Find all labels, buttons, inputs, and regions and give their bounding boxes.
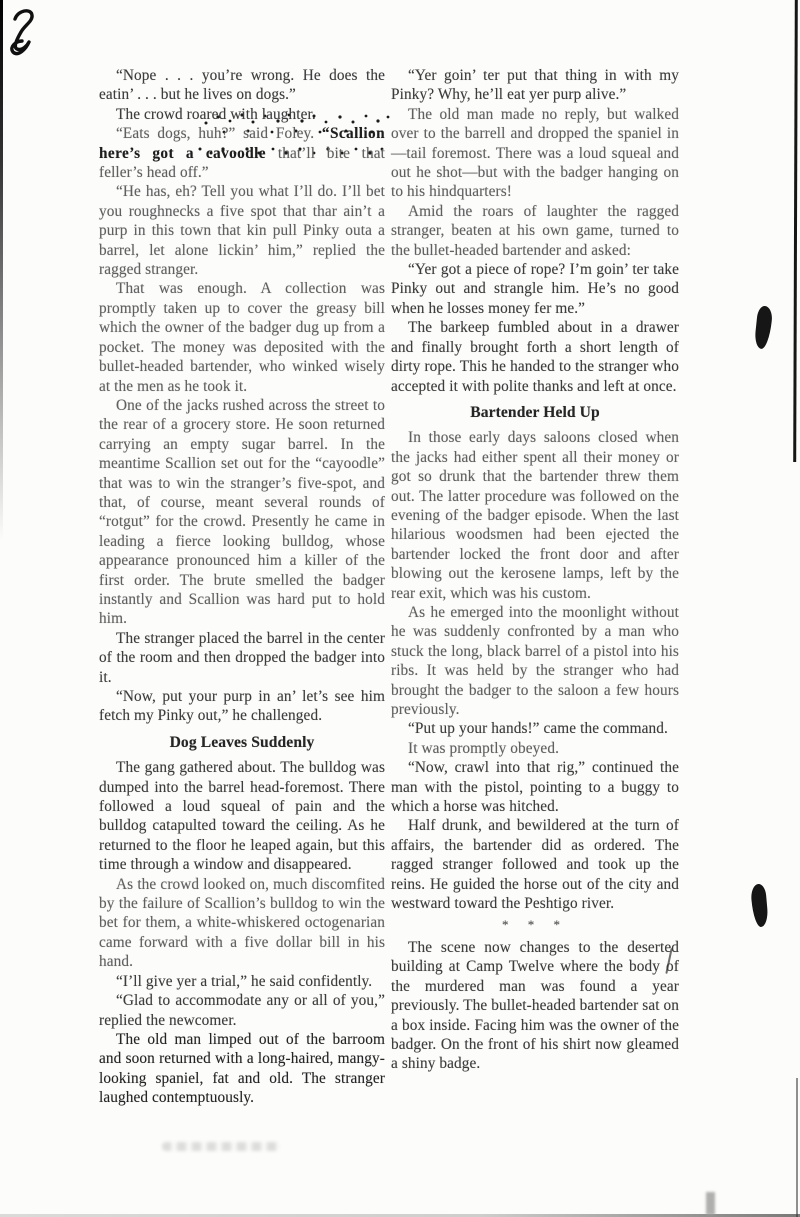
paragraph: “Glad to accommodate any or all of you,”… [99, 991, 385, 1030]
ink-blot-upper [754, 305, 773, 349]
paragraph: “Eats dogs, huh?” said Foley. “Scallion … [99, 124, 385, 182]
paragraph: “Put up your hands!” came the command. [391, 719, 679, 738]
paragraph: The crowd roared with laughter. [99, 105, 385, 124]
scan-edge-left [0, 0, 3, 540]
section-heading-bartender-held-up: Bartender Held Up [391, 403, 679, 422]
paragraph: “Yer got a piece of rope? I’m goin’ ter … [391, 260, 679, 318]
paragraph: “I’ll give yer a trial,” he said confide… [99, 972, 385, 991]
asterisk-divider: * * * [391, 915, 679, 934]
paragraph: As the crowd looked on, much discomfited… [99, 875, 385, 972]
paragraph: “Now, put your purp in an’ let’s see him… [99, 687, 385, 726]
bottom-smudge [706, 1192, 715, 1215]
paragraph: As he emerged into the moonlight without… [391, 603, 679, 719]
paragraph: The scene now changes to the deserted bu… [391, 938, 679, 1074]
paragraph: “Now, crawl into that rig,” continued th… [391, 758, 679, 816]
paragraph-text: “Eats dogs, huh?” said Foley. [116, 125, 322, 142]
paragraph: Half drunk, and bewildered at the turn o… [391, 816, 679, 913]
scanned-newspaper-page: “Nope . . . you’re wrong. He does the ea… [0, 0, 800, 1217]
paragraph: The barkeep fumbled about in a drawer an… [391, 318, 679, 396]
article-column-left: “Nope . . . you’re wrong. He does the ea… [99, 66, 385, 1108]
paragraph: The gang gathered about. The bulldog was… [99, 758, 385, 874]
paragraph: The old man limped out of the barroom an… [99, 1030, 385, 1108]
section-heading-dog-leaves-suddenly: Dog Leaves Suddenly [99, 733, 385, 752]
paragraph: It was promptly obeyed. [391, 739, 679, 758]
scan-edge-right [793, 0, 798, 462]
faded-ghost-text [162, 1142, 280, 1151]
paragraph: “Yer goin’ ter put that thing in with my… [391, 66, 679, 105]
paragraph: In those early days saloons closed when … [391, 428, 679, 603]
scan-edge-right-lower [796, 1078, 798, 1217]
article-column-right: “Yer goin’ ter put that thing in with my… [391, 66, 679, 1074]
paragraph: “Nope . . . you’re wrong. He does the ea… [99, 66, 385, 105]
paragraph: Amid the roars of laughter the ragged st… [391, 202, 679, 260]
paragraph: That was enough. A collection was prompt… [99, 279, 385, 395]
paragraph: “He has, eh? Tell you what I’ll do. I’ll… [99, 182, 385, 279]
ink-blot-lower [750, 883, 769, 927]
handwritten-page-number [5, 5, 49, 63]
paragraph: One of the jacks rushed across the stree… [99, 396, 385, 629]
paragraph: The stranger placed the barrel in the ce… [99, 629, 385, 687]
paragraph: The old man made no reply, but walked ov… [391, 105, 679, 202]
